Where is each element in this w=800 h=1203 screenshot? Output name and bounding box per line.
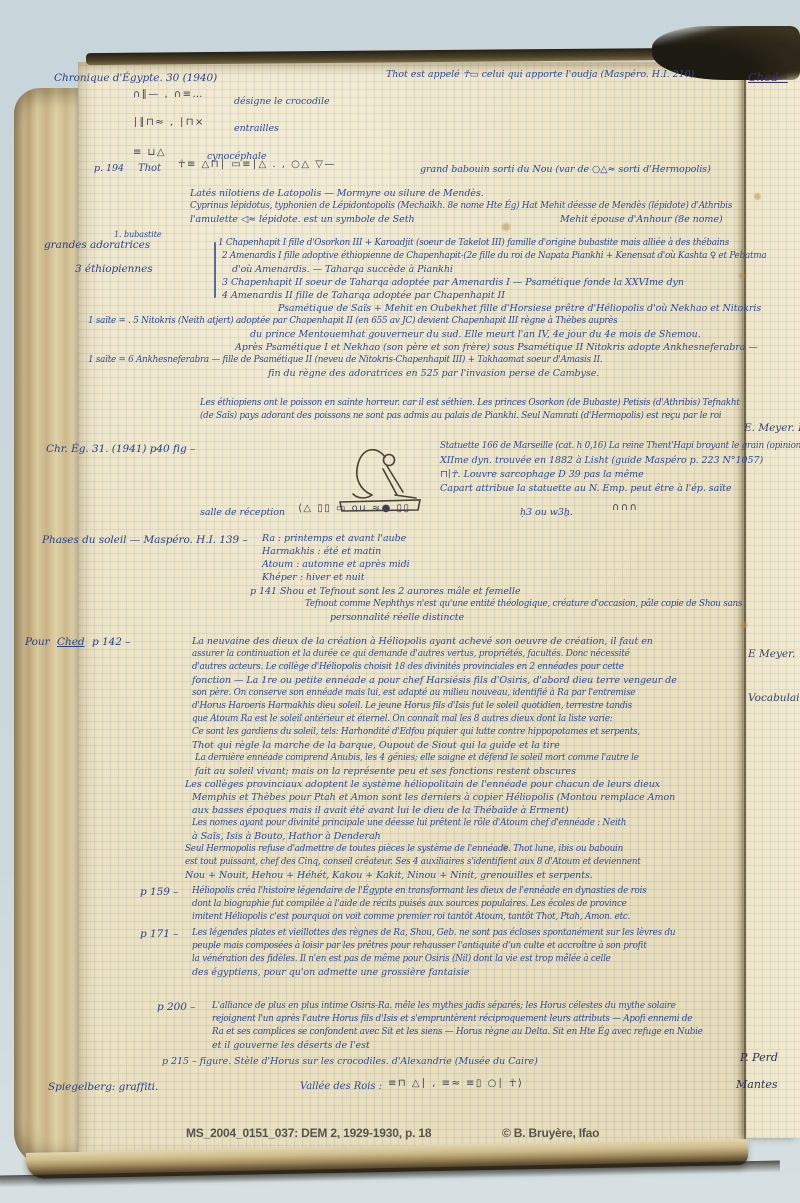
margin-note-perdrizet: P. Perd bbox=[740, 1052, 778, 1063]
handwritten-line: personnalité réelle distincte bbox=[330, 613, 464, 623]
page-ref: p 200 – bbox=[157, 1002, 195, 1013]
margin-label: 3 éthiopiennes bbox=[75, 264, 153, 275]
margin-label-ched: Ched bbox=[57, 637, 85, 648]
handwritten-line: l'amulette ◁≈ lépidote. est un symbole d… bbox=[190, 215, 415, 225]
archive-caption-id: MS_2004_0151_037: DEM 2, 1929-1930, p. 1… bbox=[186, 1126, 431, 1140]
list-item: 2 Amenardis I fille adoptive éthiopienne… bbox=[222, 252, 766, 261]
handwritten-line: ḥ3 ou w3ẖ. bbox=[520, 508, 573, 518]
foxing-spot bbox=[500, 222, 512, 232]
handwritten-line: à Saïs, Isis à Bouto, Hathor à Denderah bbox=[192, 832, 381, 842]
list-item: 1 saïte = 6 Ankhesneferabra — fille de P… bbox=[88, 356, 602, 365]
handwritten-line: Les légendes plates et vieillottes des r… bbox=[192, 929, 675, 938]
section-title: Spiegelberg: graffiti. bbox=[48, 1082, 158, 1093]
handwritten-line: Nou + Nouit, Hehou + Héhét, Kakou + Kaki… bbox=[185, 871, 593, 881]
margin-note-meyer: E Meyer. bbox=[748, 649, 795, 660]
foxing-spot bbox=[753, 192, 762, 201]
handwritten-line: Vallée des Rois : bbox=[300, 1082, 382, 1092]
list-item: 1 Chapenhapit I fille d'Osorkon III + Ka… bbox=[218, 239, 729, 248]
hieroglyph-row: ☥≡ △⊓∣ ▭≡∣△ . , ○△ ▽— bbox=[178, 160, 336, 170]
list-brace bbox=[214, 242, 216, 298]
section-title: Phases du soleil — Maspéro. H.I. 139 – bbox=[42, 535, 248, 546]
handwritten-line: du prince Mentouemhat gouverneur du sud.… bbox=[250, 330, 701, 340]
handwritten-line: Statuette 166 de Marseille (cat. h 0,16)… bbox=[440, 442, 800, 451]
page-ref: p 159 – bbox=[140, 887, 178, 898]
section-title: Chronique d'Égypte. 30 (1940) bbox=[54, 73, 217, 84]
handwritten-line: fonction — La 1re ou petite ennéade a po… bbox=[192, 676, 677, 686]
hieroglyph-row: ∣∥⊓≈ , ∣⊓× bbox=[133, 118, 205, 128]
foxing-spot bbox=[738, 272, 746, 280]
margin-label: Pour bbox=[25, 637, 50, 648]
handwritten-line: Capart attribue la statuette au N. Emp. … bbox=[440, 484, 732, 494]
margin-label: grandes adoratrices bbox=[44, 240, 150, 251]
handwritten-line: XIIme dyn. trouvée en 1882 à Lisht (guid… bbox=[440, 456, 763, 466]
handwritten-line: Latés nilotiens de Latopolis — Mormyre o… bbox=[190, 189, 484, 199]
handwritten-note: 1. bubastite bbox=[114, 231, 162, 239]
handwritten-line: (de Saïs) pays adorant des poissons ne s… bbox=[200, 412, 721, 421]
handwritten-line: peuple mais composées à loisir par les p… bbox=[192, 942, 647, 951]
handwritten-line: son père. On conserve son ennéade mais l… bbox=[192, 689, 635, 698]
section-title: Chr. Ég. 31. (1941) p40 fig – bbox=[46, 444, 195, 455]
page-ref: p 171 – bbox=[140, 929, 178, 940]
handwritten-line: ⊓∣☥. Louvre sarcophage D 39 pas la même bbox=[440, 470, 644, 480]
handwritten-line: que Atoum Ra est le soleil antérieur et … bbox=[192, 715, 613, 724]
page-ref: p 142 – bbox=[92, 637, 130, 648]
hieroglyph-row: ∩∥— , ∩≡… bbox=[133, 90, 204, 100]
handwritten-line: assurer la continuation et la durée ce q… bbox=[192, 650, 630, 659]
handwritten-line: Ra et ses complices se confondent avec S… bbox=[212, 1028, 703, 1037]
handwritten-line: Memphis et Thèbes pour Ptah et Amon sont… bbox=[192, 793, 675, 803]
list-item: 4 Amenardis II fille de Taharqa adoptée … bbox=[222, 291, 505, 301]
handwritten-line: Les collèges provinciaux adoptent le sys… bbox=[185, 780, 660, 790]
handwritten-line: Seul Hermopolis refuse d'admettre de tou… bbox=[185, 845, 623, 854]
hieroglyph-row: ≡ ⊔△ bbox=[133, 148, 166, 158]
handwritten-line: entrailles bbox=[234, 124, 279, 134]
handwritten-line: dont la biographie fut compilée à l'aide… bbox=[192, 900, 627, 909]
list-item: d'où Amenardis. — Taharqa succède à Pian… bbox=[232, 265, 453, 275]
hieroglyph-row: ∩∩∩ bbox=[612, 503, 638, 513]
handwritten-line: aux basses époques mais il avait été ava… bbox=[192, 806, 569, 816]
handwritten-line: Thot qui règle la marche de la barque, O… bbox=[192, 741, 560, 751]
handwritten-line: p 215 – figure. Stèle d'Horus sur les cr… bbox=[162, 1057, 538, 1067]
handwritten-line: Psamétique de Saïs + Mehit en Oubekhet f… bbox=[278, 304, 761, 314]
hieroglyph-row: ≡⊓ △∣ , ≡≈ ≡▯ ○∣ ☥⟩ bbox=[388, 1079, 523, 1089]
handwritten-line: fin du règne des adoratrices en 525 par … bbox=[268, 369, 599, 379]
margin-note-vocabulaire: Vocabulai bbox=[748, 693, 800, 704]
margin-note-mantes: Mantes bbox=[736, 1079, 777, 1090]
handwritten-line: est tout puissant, chef des Cinq, consei… bbox=[185, 858, 641, 867]
list-item: 3 Chapenhapit II soeur de Taharqa adopté… bbox=[222, 278, 684, 288]
margin-note-meyer: E. Meyer. H bbox=[744, 423, 800, 434]
handwritten-line: La neuvaine des dieux de la création à H… bbox=[192, 637, 653, 647]
handwritten-line: salle de réception bbox=[200, 508, 285, 518]
list-item: 1 saïte = . 5 Nitokris (Neith atjert) ad… bbox=[88, 317, 617, 326]
handwritten-line: Héliopolis créa l'histoire légendaire de… bbox=[192, 887, 646, 896]
handwritten-line: Ce sont les gardiens du soleil, tels: Ha… bbox=[192, 728, 640, 737]
handwritten-line: grand babouin sorti du Nou (var de ○△≈ s… bbox=[420, 165, 711, 175]
handwritten-line: Les éthiopiens ont le poisson en sainte … bbox=[200, 399, 740, 408]
facing-page-edge bbox=[746, 56, 800, 1138]
handwritten-line: Khéper : hiver et nuit bbox=[262, 573, 364, 583]
handwritten-line: Les nomes ayant pour divinité principale… bbox=[192, 819, 626, 828]
foxing-spot bbox=[740, 620, 748, 630]
hieroglyph-row: ⟨△ ▯▯ ▭ ou ≈● ▯▯ bbox=[298, 504, 411, 514]
handwritten-line: Cyprinus lépidotus, typhonien de Lépidon… bbox=[190, 202, 732, 211]
handwritten-line: imitent Héliopolis c'est pourquoi on voi… bbox=[192, 913, 630, 922]
handwritten-line: Ra : printemps et avant l'aube bbox=[262, 534, 406, 544]
handwritten-line: La dernière ennéade comprend Anubis, les… bbox=[195, 754, 639, 763]
handwritten-line: la vénération des fidèles. Il n'en est p… bbox=[192, 955, 611, 964]
handwritten-line: Harmakhis : été et matin bbox=[262, 547, 381, 557]
handwritten-line: Mehit épouse d'Anhour (8e nome) bbox=[560, 215, 723, 225]
handwritten-line: et il gouverne les déserts de l'est bbox=[212, 1041, 370, 1051]
handwritten-line: des égyptiens, pour qu'on admette une gr… bbox=[192, 968, 469, 978]
handwritten-line: rejoignent l'un après l'autre Horus fils… bbox=[212, 1015, 692, 1024]
handwritten-line: Atoum : automne et après midi bbox=[262, 560, 410, 570]
handwritten-line: Thot est appelé ☥▭ celui qui apporte l'o… bbox=[386, 70, 694, 80]
handwritten-line: Après Psamétique I et Nekhao (son père e… bbox=[235, 343, 758, 353]
page-ref: p. 194 bbox=[94, 164, 124, 174]
margin-note-ched: Ched – bbox=[748, 72, 788, 84]
handwritten-line: Tefnout comme Nephthys n'est qu'une enti… bbox=[305, 600, 742, 609]
handwritten-line: p 141 Shou et Tefnout sont les 2 aurores… bbox=[250, 587, 520, 597]
handwritten-line: d'Horus Haroeris Harmakhis dieu soleil. … bbox=[192, 702, 632, 711]
handwritten-line: fait au soleil vivant; mais on la représ… bbox=[195, 767, 576, 777]
handwritten-line: L'alliance de plus en plus intime Osiris… bbox=[212, 1002, 676, 1011]
handwritten-line: d'autres acteurs. Le collège d'Héliopoli… bbox=[192, 663, 624, 672]
handwritten-line: Thot bbox=[138, 164, 161, 174]
archive-caption-credit: © B. Bruyère, Ifao bbox=[502, 1126, 599, 1140]
handwritten-line: désigne le crocodile bbox=[234, 97, 330, 107]
screenshot-root: Chronique d'Égypte. 30 (1940) Thot est a… bbox=[0, 0, 800, 1203]
